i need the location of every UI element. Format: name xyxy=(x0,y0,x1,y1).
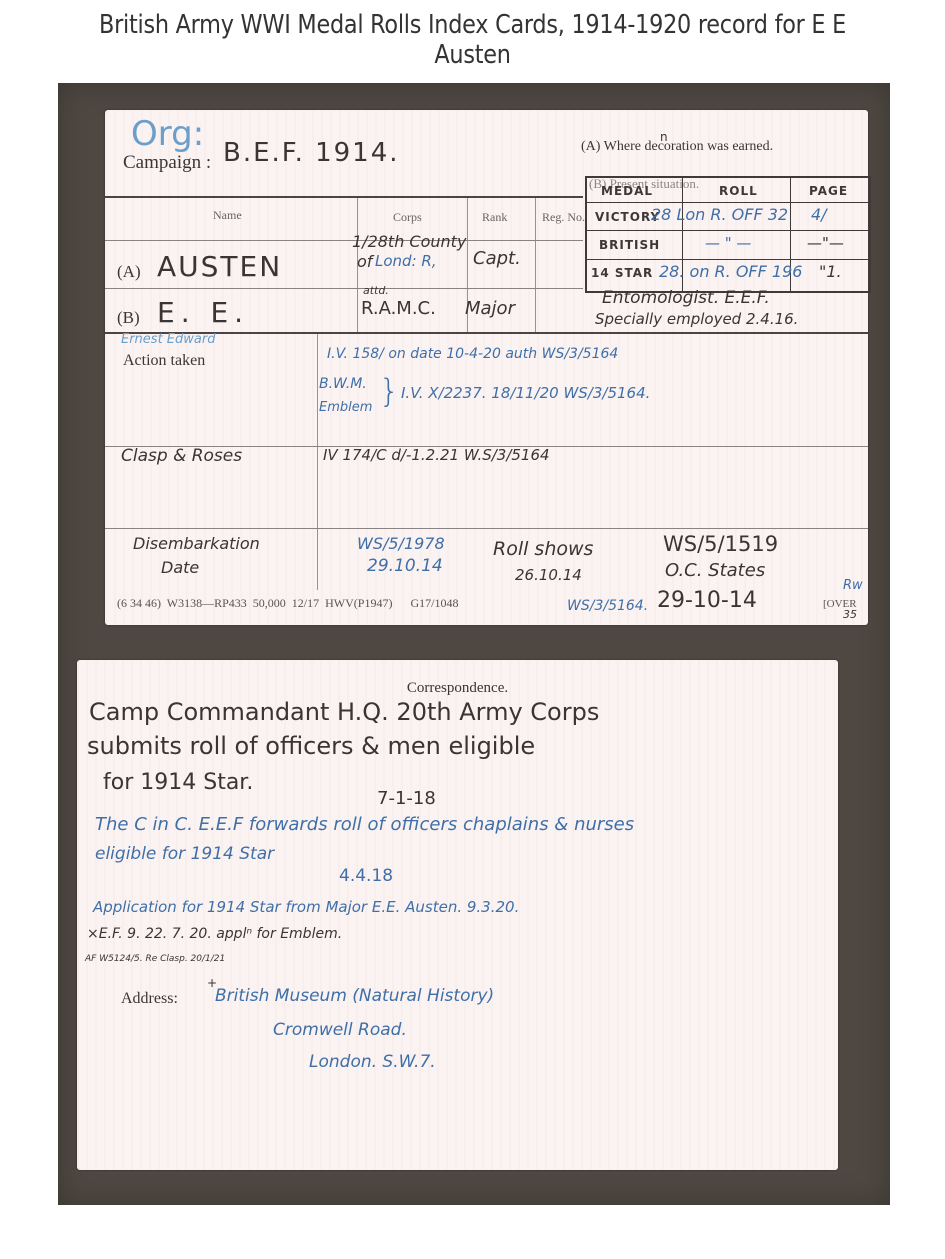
disembark-date: 29.10.14 xyxy=(367,556,443,576)
correspondence-date-2: 4.4.18 xyxy=(339,866,393,886)
column-header-rank: Rank xyxy=(482,210,507,225)
roll-british: — " — xyxy=(705,234,751,252)
correspondence-heading: Correspondence. xyxy=(77,680,838,697)
print-code: (6 34 46) W3138—RP433 50,000 12/17 HWV(P… xyxy=(117,596,458,611)
corps-line-2: Lond: R, xyxy=(375,252,437,270)
column-header-reg-no: Reg. No. xyxy=(542,210,585,225)
corps-line-2-prefix: of xyxy=(357,252,372,271)
page-victory: 4/ xyxy=(811,205,827,224)
disembarkation-label: Disembarkation xyxy=(133,534,260,553)
medal-star: 14 STAR xyxy=(591,266,653,280)
corner-number: 35 xyxy=(843,608,857,621)
corps-attached-note: attd. xyxy=(363,284,389,297)
medal-index-card-back: Correspondence. Camp Commandant H.Q. 20t… xyxy=(77,660,838,1170)
correspondence-date-1: 7-1-18 xyxy=(377,788,436,809)
correspondence-emblem-application: ×E.F. 9. 22. 7. 20. applⁿ for Emblem. xyxy=(87,926,342,942)
corner-initials: Rw xyxy=(843,578,863,593)
action-entry-1: I.V. 158/ on date 10-4-20 auth WS/3/5164 xyxy=(327,346,618,362)
remark-entomologist: Entomologist. E.E.F. xyxy=(602,288,770,308)
page-british: —"— xyxy=(807,234,844,252)
correspondence-line-3: for 1914 Star. xyxy=(103,770,253,795)
address-line-2: Cromwell Road. xyxy=(273,1020,407,1040)
action-entry-2: I.V. X/2237. 18/11/20 WS/3/5164. xyxy=(401,384,650,402)
surname: AUSTEN xyxy=(157,250,282,283)
medal-header-page: PAGE xyxy=(809,184,848,198)
org-annotation: Org: xyxy=(131,114,204,154)
clasp-entry: IV 174/C d/-1.2.21 W.S/3/5164 xyxy=(323,446,550,464)
bwm-bracket: } xyxy=(379,372,399,410)
address-label: Address: xyxy=(121,990,178,1008)
campaign-label: Campaign : xyxy=(123,152,211,174)
corps-line-1: 1/28th County xyxy=(352,232,466,251)
forename-annotation: Ernest Edward xyxy=(121,332,215,347)
correspondence-application: Application for 1914 Star from Major E.E… xyxy=(93,898,519,916)
row-b-prefix: (B) xyxy=(117,308,140,328)
page-title: British Army WWI Medal Rolls Index Cards… xyxy=(66,10,879,70)
roll-shows-date: 26.10.14 xyxy=(515,566,582,584)
column-header-name: Name xyxy=(213,208,242,223)
correspondence-line-1: Camp Commandant H.Q. 20th Army Corps xyxy=(89,698,599,726)
emblem-label: Emblem xyxy=(319,400,372,415)
rank-b: Major xyxy=(465,298,515,319)
column-header-corps: Corps xyxy=(393,210,422,225)
address-line-1: British Museum (Natural History) xyxy=(215,986,494,1006)
oc-ref: WS/5/1519 xyxy=(663,532,778,556)
ws-ref-footer: WS/3/5164. xyxy=(567,598,648,614)
page-star: "1. xyxy=(819,262,842,281)
action-divider xyxy=(105,332,868,334)
disembark-ref: WS/5/1978 xyxy=(357,534,445,553)
medal-index-card-front: Org: Campaign : B.E.F. 1914. (A) Where d… xyxy=(105,110,868,625)
where-earned-label: (A) Where decoration was earned. xyxy=(581,139,773,155)
campaign-value: B.E.F. 1914. xyxy=(223,138,400,168)
roll-star: 28. on R. OFF 196 xyxy=(659,262,802,281)
rank-a: Capt. xyxy=(473,248,521,269)
oc-date: 29-10-14 xyxy=(657,588,757,613)
medal-roll-stamp: MEDAL ROLL PAGE VICTORY 28 Lon R. OFF 32… xyxy=(585,176,871,293)
address-line-3: London. S.W.7. xyxy=(309,1052,436,1072)
campaign-divider xyxy=(105,196,583,198)
action-taken-label: Action taken xyxy=(123,352,205,370)
correspondence-line-2: submits roll of officers & men eligible xyxy=(87,732,535,760)
roll-victory: 28 Lon R. OFF 32 xyxy=(651,205,788,224)
initials: E. E. xyxy=(157,296,249,329)
correspondence-line-6: eligible for 1914 Star xyxy=(95,844,274,864)
clasp-roses-label: Clasp & Roses xyxy=(121,446,242,466)
row-a-prefix: (A) xyxy=(117,262,141,282)
bwm-label: B.W.M. xyxy=(319,376,367,392)
roll-shows-label: Roll shows xyxy=(493,538,593,560)
remark-specially-employed: Specially employed 2.4.16. xyxy=(595,310,798,328)
oc-states-label: O.C. States xyxy=(665,560,765,581)
medal-header-medal: MEDAL xyxy=(601,184,653,198)
disembarkation-date-label: Date xyxy=(161,558,199,577)
correspondence-clasp-note: AF W5124/5. Re Clasp. 20/1/21 xyxy=(85,954,225,964)
corps-b: R.A.M.C. xyxy=(361,298,436,319)
correspondence-line-5: The C in C. E.E.F forwards roll of offic… xyxy=(95,814,634,835)
where-earned-correction: n xyxy=(660,130,668,144)
medal-british: BRITISH xyxy=(599,238,660,252)
medal-header-roll: ROLL xyxy=(719,184,758,198)
